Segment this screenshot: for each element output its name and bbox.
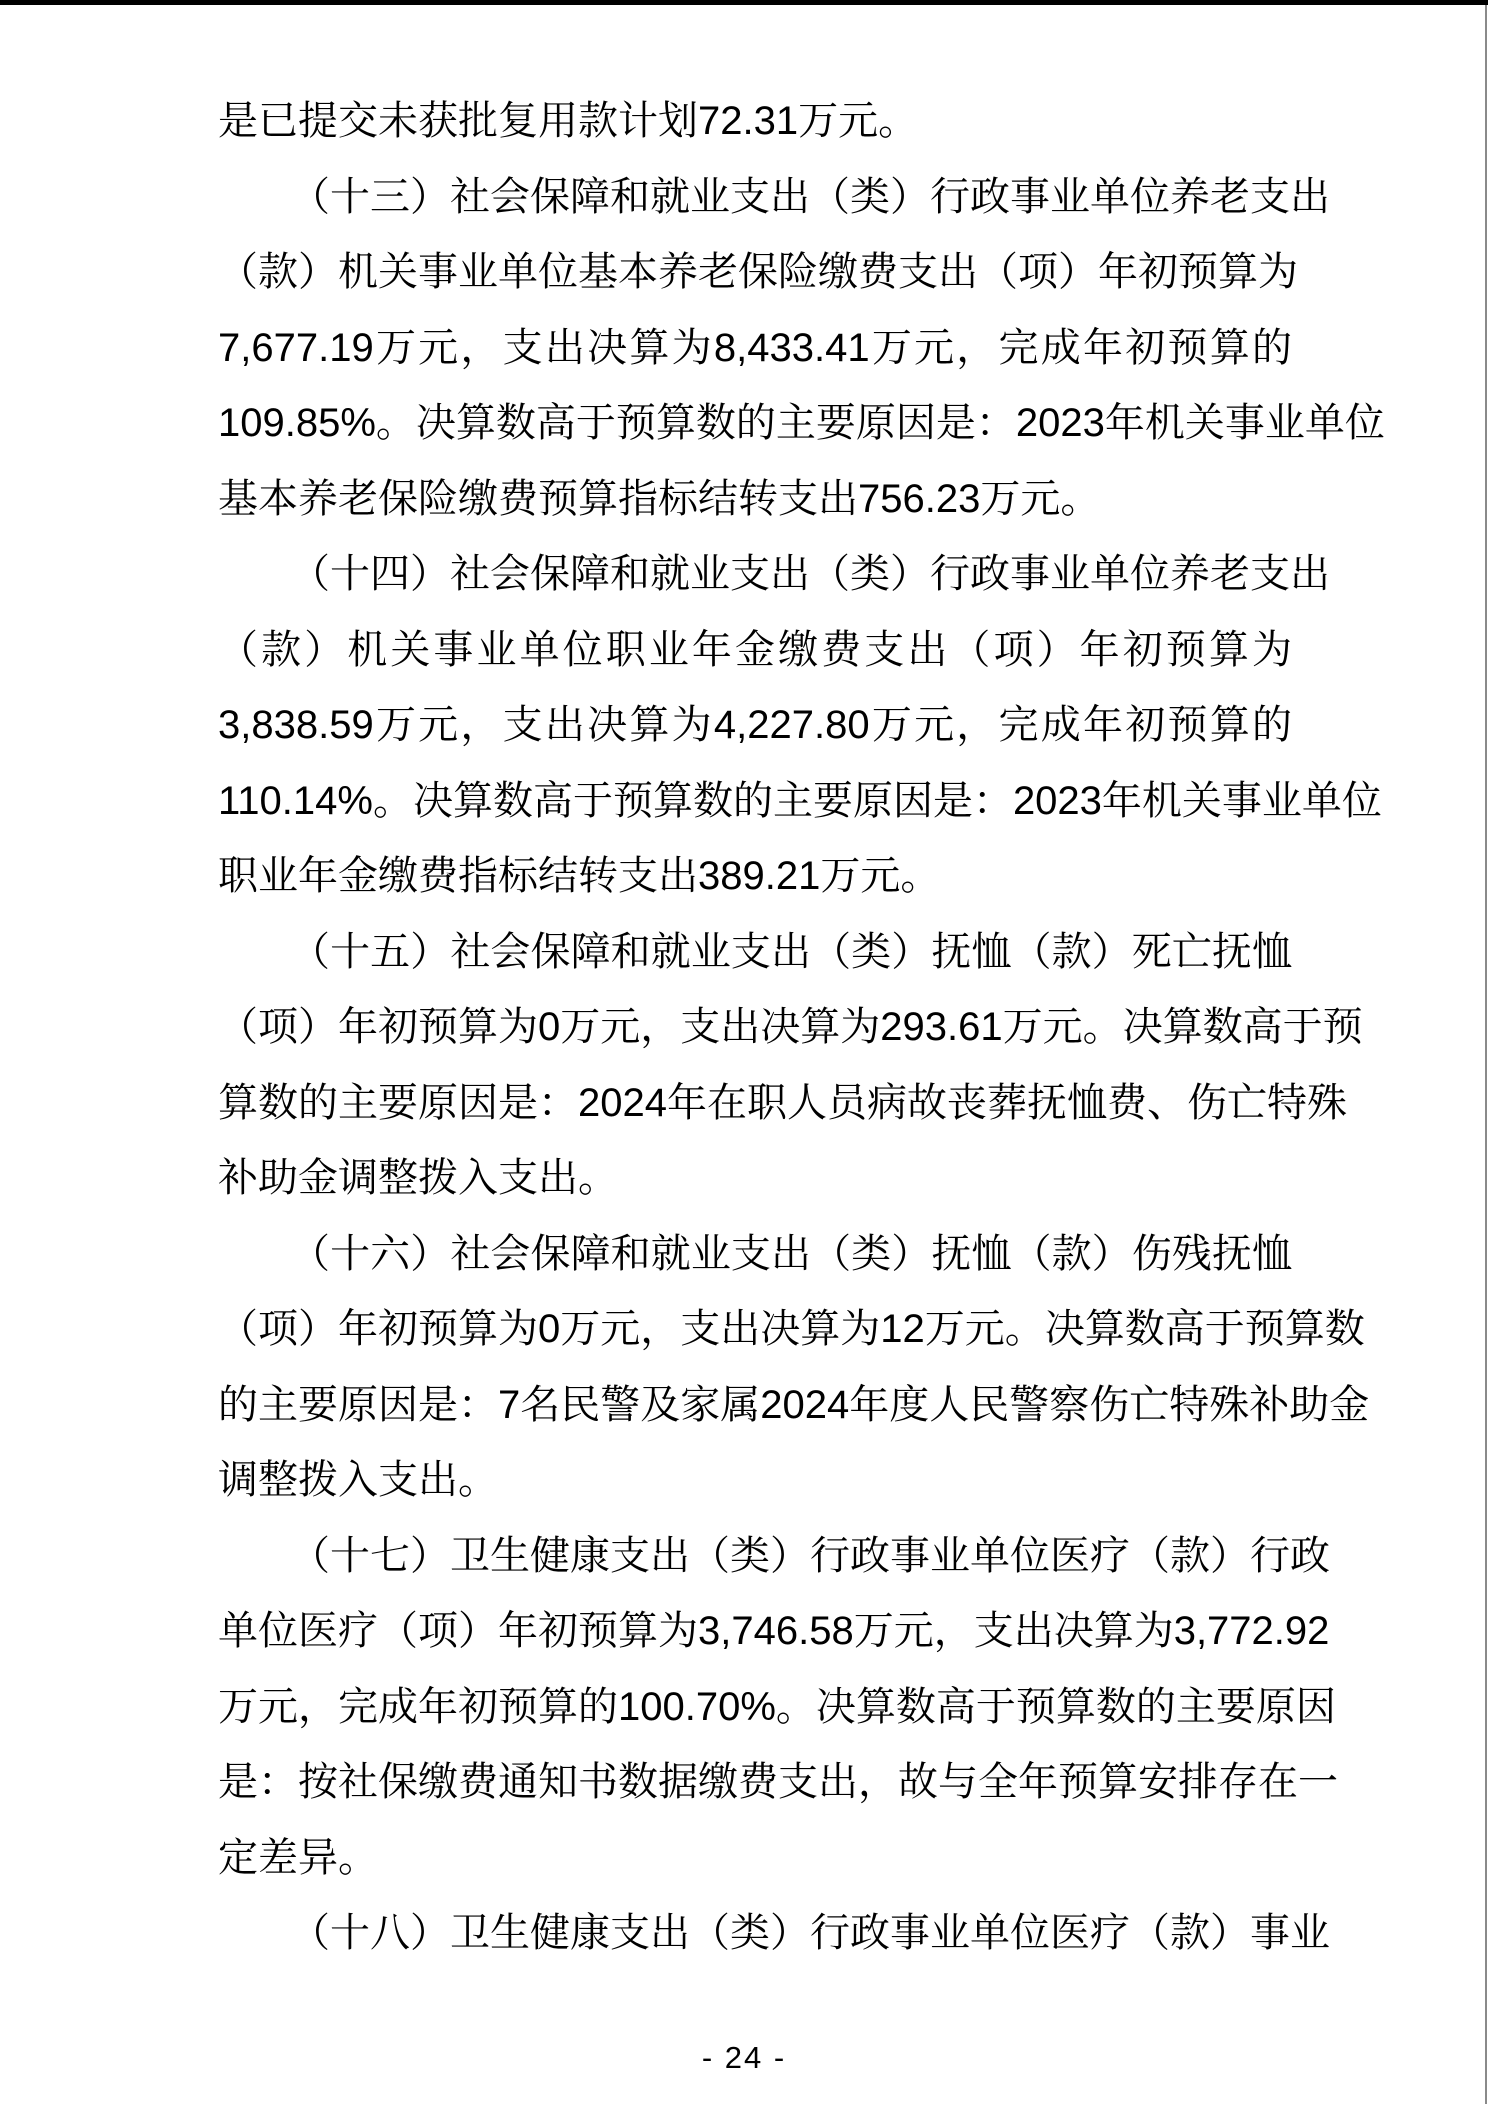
page-right-edge — [1485, 5, 1487, 2104]
text-line: 职业年金缴费指标结转支出389.21万元。 — [218, 839, 1292, 915]
text-line: 基本养老保险缴费预算指标结转支出756.23万元。 — [218, 462, 1292, 538]
text-line: 3,838.59万元，支出决算为4,227.80万元，完成年初预算的 — [218, 688, 1292, 764]
text-line: 万元，完成年初预算的100.70%。决算数高于预算数的主要原因 — [218, 1670, 1292, 1746]
text-line: 的主要原因是：7名民警及家属2024年度人民警察伤亡特殊补助金 — [218, 1368, 1292, 1444]
text-line: 是：按社保缴费通知书数据缴费支出，故与全年预算安排存在一 — [218, 1745, 1292, 1821]
page-number: - 24 - — [0, 2040, 1488, 2076]
text-line: （十四）社会保障和就业支出（类）行政事业单位养老支出 — [218, 537, 1292, 613]
text-line: 单位医疗（项）年初预算为3,746.58万元，支出决算为3,772.92 — [218, 1594, 1292, 1670]
text-line: 补助金调整拨入支出。 — [218, 1141, 1292, 1217]
page-top-edge — [0, 0, 1488, 5]
text-line: 是已提交未获批复用款计划72.31万元。 — [218, 84, 1292, 160]
document-text-block: 是已提交未获批复用款计划72.31万元。 （十三）社会保障和就业支出（类）行政事… — [218, 84, 1292, 1972]
text-line: 109.85%。决算数高于预算数的主要原因是：2023年机关事业单位 — [218, 386, 1292, 462]
text-line: （项）年初预算为0万元，支出决算为293.61万元。决算数高于预 — [218, 990, 1292, 1066]
text-line: （十六）社会保障和就业支出（类）抚恤（款）伤残抚恤 — [218, 1217, 1292, 1293]
text-line: （十七）卫生健康支出（类）行政事业单位医疗（款）行政 — [218, 1519, 1292, 1595]
text-line: （十八）卫生健康支出（类）行政事业单位医疗（款）事业 — [218, 1896, 1292, 1972]
text-line: 7,677.19万元，支出决算为8,433.41万元，完成年初预算的 — [218, 311, 1292, 387]
text-line: （款）机关事业单位职业年金缴费支出（项）年初预算为 — [218, 613, 1292, 689]
text-line: 定差异。 — [218, 1821, 1292, 1897]
text-line: （项）年初预算为0万元，支出决算为12万元。决算数高于预算数 — [218, 1292, 1292, 1368]
text-line: （十三）社会保障和就业支出（类）行政事业单位养老支出 — [218, 160, 1292, 236]
text-line: 算数的主要原因是：2024年在职人员病故丧葬抚恤费、伤亡特殊 — [218, 1066, 1292, 1142]
text-line: （款）机关事业单位基本养老保险缴费支出（项）年初预算为 — [218, 235, 1292, 311]
text-line: 调整拨入支出。 — [218, 1443, 1292, 1519]
text-line: 110.14%。决算数高于预算数的主要原因是：2023年机关事业单位 — [218, 764, 1292, 840]
text-line: （十五）社会保障和就业支出（类）抚恤（款）死亡抚恤 — [218, 915, 1292, 991]
document-page: 是已提交未获批复用款计划72.31万元。 （十三）社会保障和就业支出（类）行政事… — [0, 0, 1488, 2104]
